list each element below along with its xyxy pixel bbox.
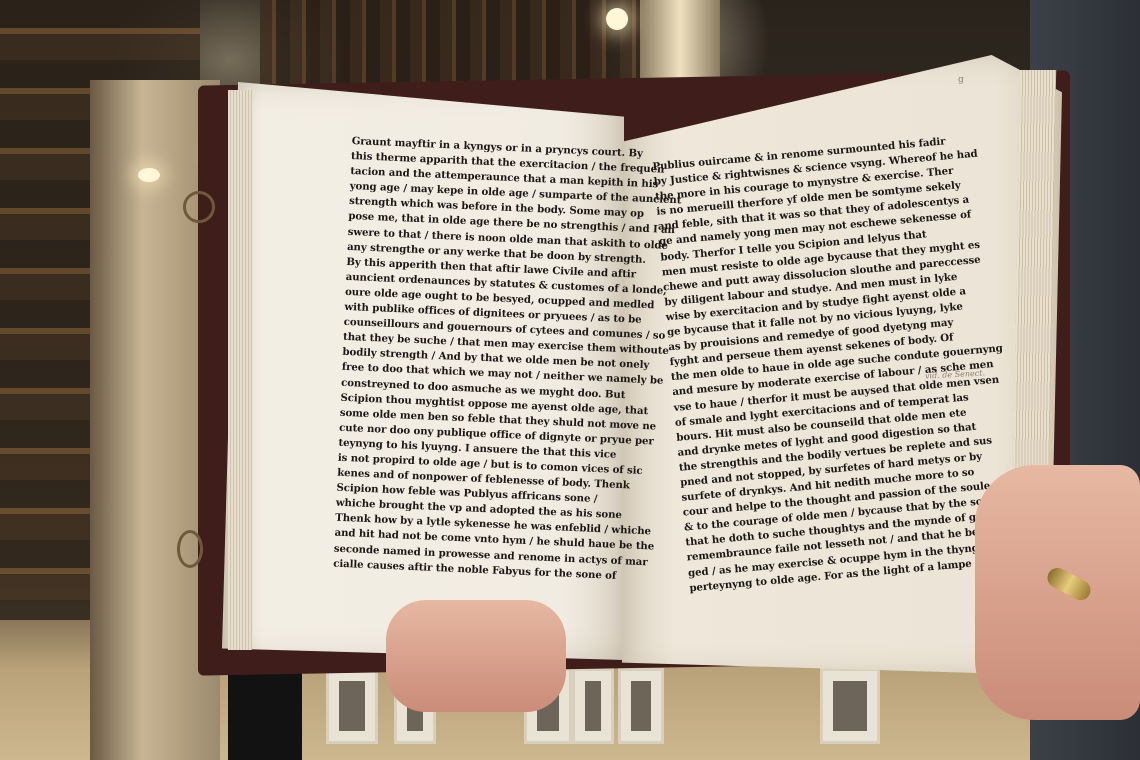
wall-lamp bbox=[138, 168, 160, 182]
wall-frame bbox=[820, 668, 880, 744]
right-page-text: Publius ouircame & in renome surmounted … bbox=[652, 131, 1022, 596]
clasp-ring-icon bbox=[177, 530, 203, 568]
exhibit-sign bbox=[228, 664, 302, 760]
wall-frame bbox=[572, 668, 614, 744]
page-edges-left bbox=[228, 90, 252, 650]
folio-mark: g bbox=[958, 75, 964, 85]
left-page-text: Graunt mayftir in a kyngys or in a prync… bbox=[333, 134, 684, 586]
clasp-ring-icon bbox=[183, 191, 215, 223]
wall-frame bbox=[618, 668, 664, 744]
left-hand bbox=[386, 600, 566, 712]
wall-frame bbox=[326, 668, 378, 744]
ceiling-lamp bbox=[606, 8, 628, 30]
right-hand bbox=[975, 465, 1140, 720]
